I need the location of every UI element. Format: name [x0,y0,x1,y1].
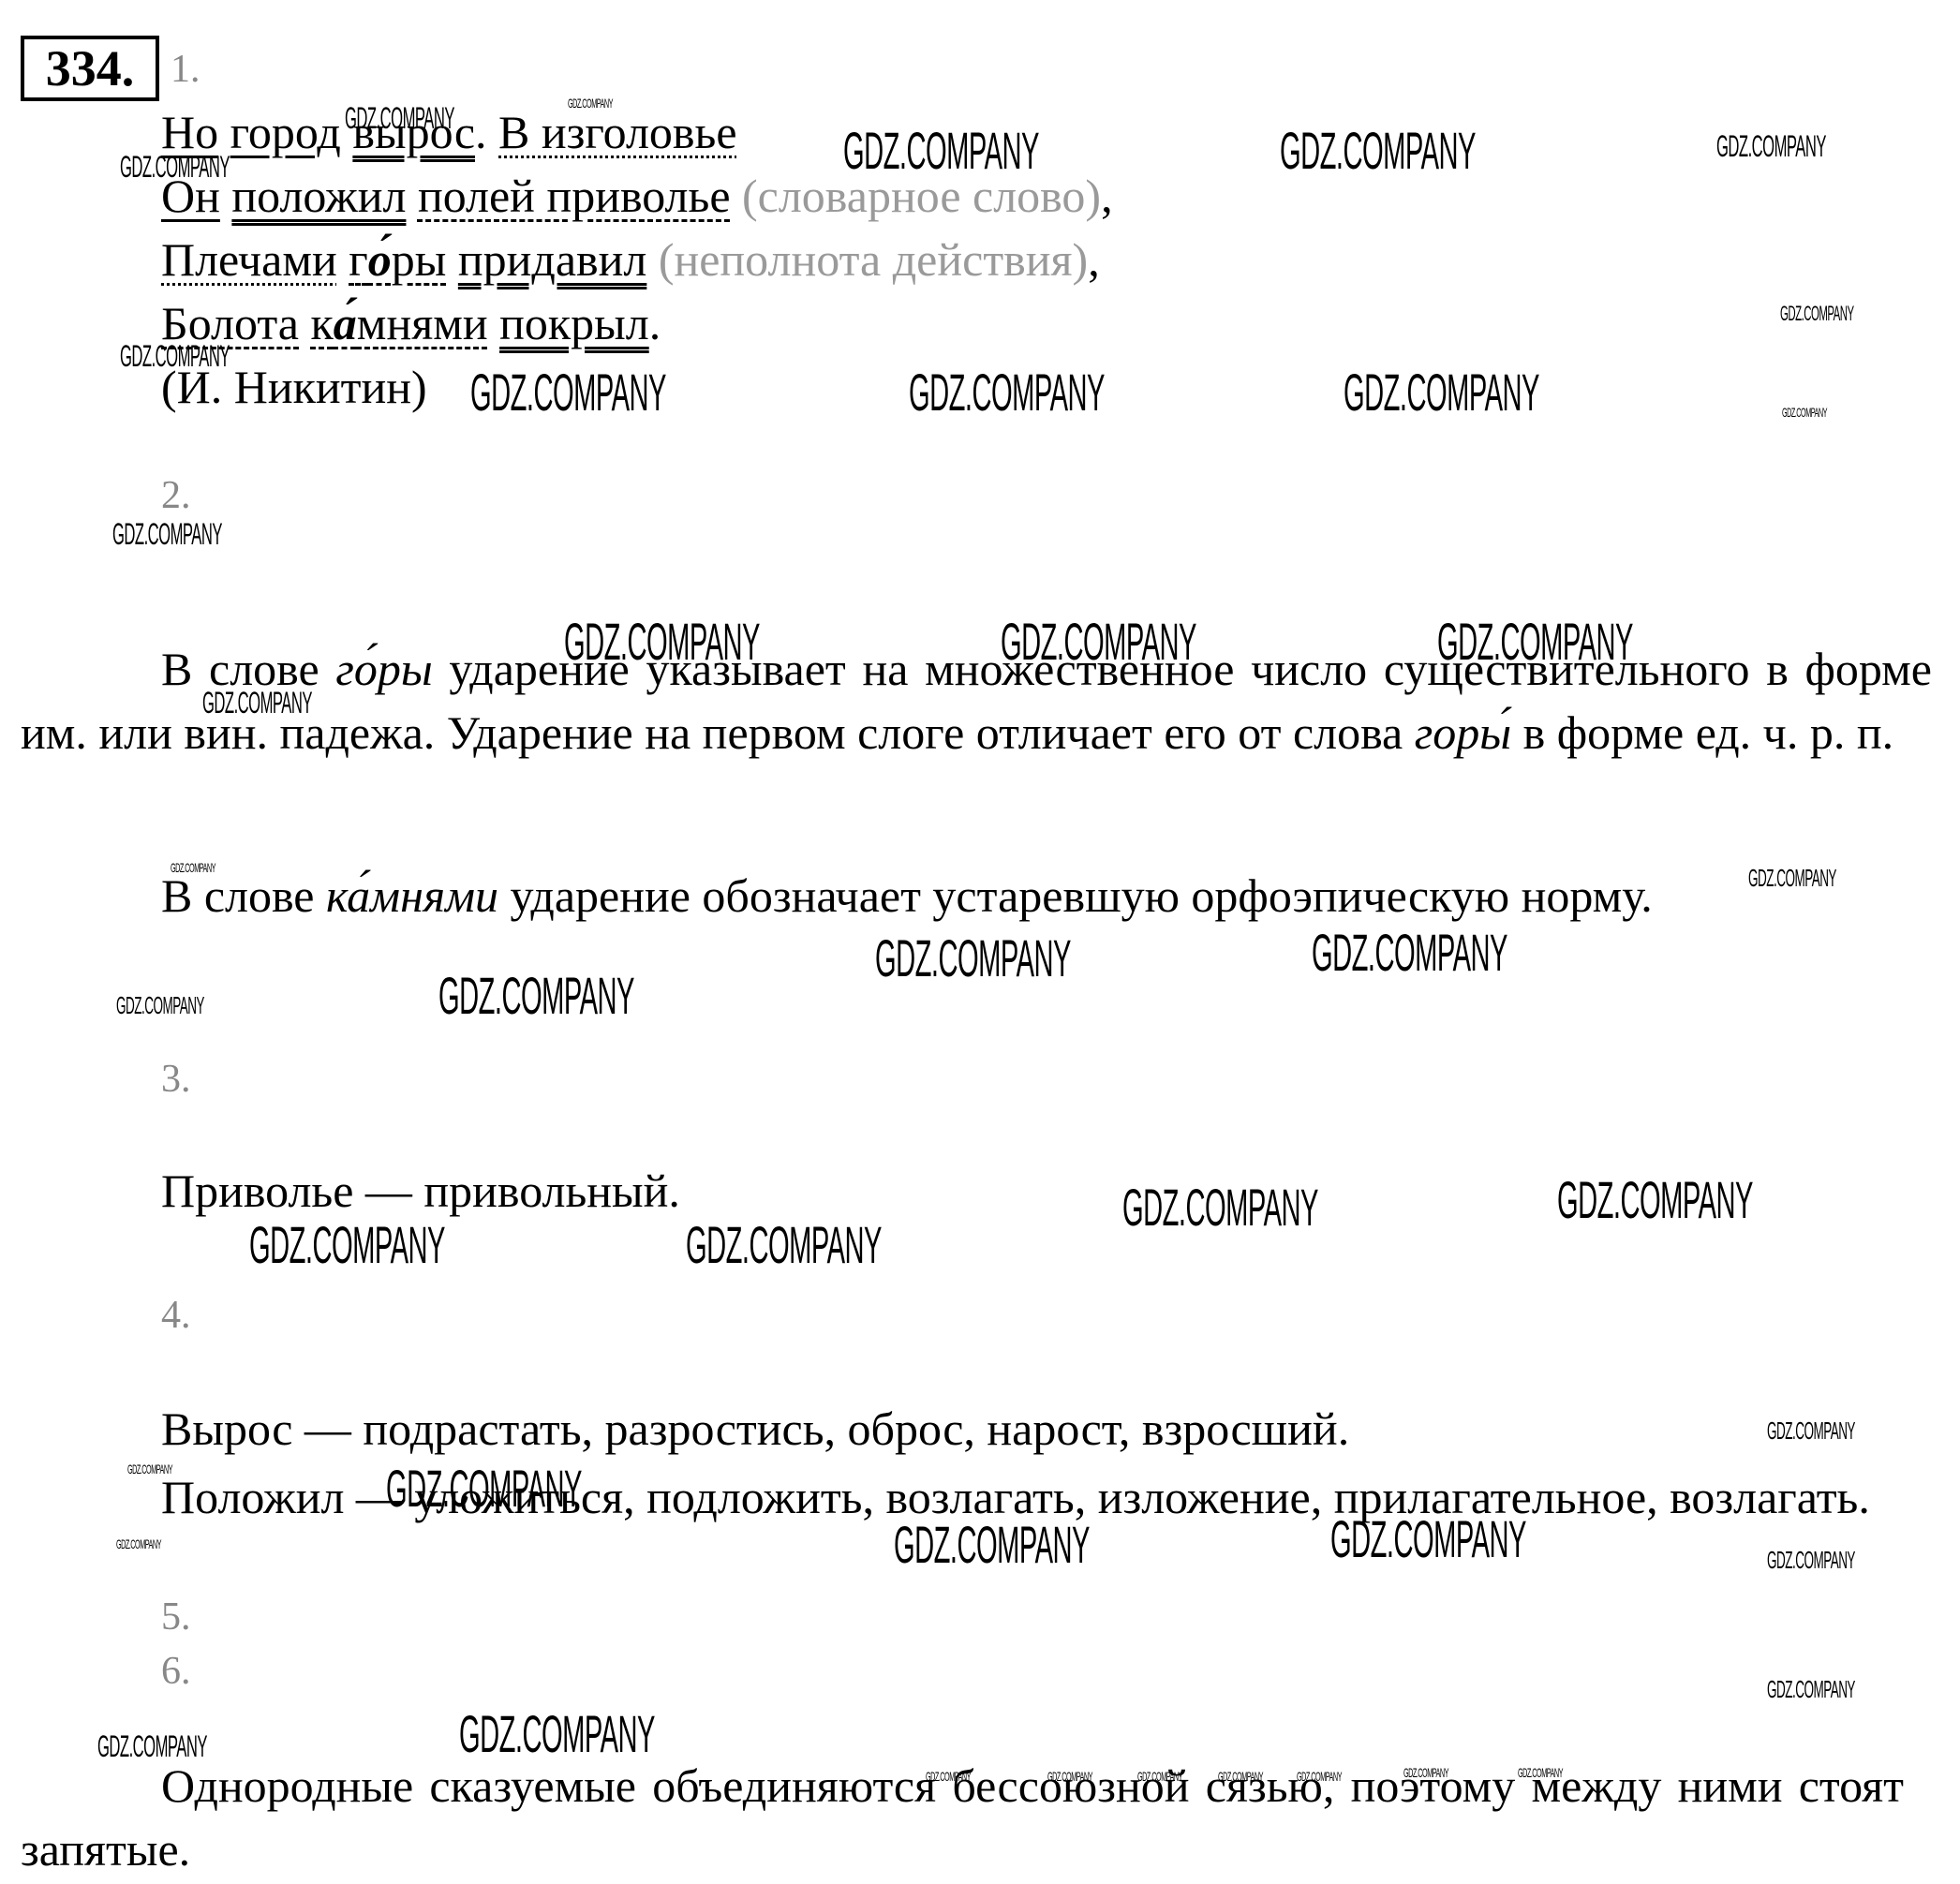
object-word: го́ры [349,233,446,286]
adverbial-word: В изголовье [498,106,737,158]
watermark: GDZ.COMPANY [459,1703,655,1764]
predicate-word: придавил [458,233,646,286]
watermark: GDZ.COMPANY [1767,1417,1855,1446]
watermark: GDZ.COMPANY [345,101,454,136]
watermark: GDZ.COMPANY [386,1458,582,1519]
object-word: полей приволье [418,170,731,222]
example-word: ка́мнями [326,869,498,922]
watermark: GDZ.COMPANY [202,686,312,720]
watermark: GDZ.COMPANY [1122,1177,1318,1238]
watermark: GDZ.COMPANY [171,860,215,875]
watermark: GDZ.COMPANY [249,1214,445,1275]
section-4-line-1: Вырос — подрастать, разростись, оброс, н… [161,1402,1349,1456]
subject-word: город [230,106,341,158]
task-number: 334. [21,36,159,101]
text: в форме ед. ч. р. п. [1511,706,1893,759]
word-part: мнями [357,297,488,349]
section-3-text: Приволье — привольный. [161,1164,680,1218]
section-4-label: 4. [161,1293,191,1338]
example-word: го́ры [335,643,432,695]
watermark: GDZ.COMPANY [116,991,204,1020]
watermark: GDZ.COMPANY [1767,1546,1855,1575]
example-word: горы́ [1415,706,1511,759]
watermark: GDZ.COMPANY [1716,129,1826,164]
section-1-label: 1. [171,47,200,92]
watermark: GDZ.COMPANY [116,1536,161,1551]
watermark: GDZ.COMPANY [875,927,1071,988]
predicate-word: положил [231,170,406,222]
watermark: GDZ.COMPANY [894,1514,1090,1575]
section-3-label: 3. [161,1057,191,1102]
punct: . [475,106,487,158]
section-6-label: 6. [161,1649,191,1694]
watermark: GDZ.COMPANY [1297,1769,1342,1784]
watermark: GDZ.COMPANY [1312,922,1507,983]
watermark: GDZ.COMPANY [120,339,230,374]
note: (неполнота действия) [659,233,1088,286]
watermark: GDZ.COMPANY [1403,1765,1448,1780]
watermark: GDZ.COMPANY [120,150,230,185]
word-part: ры [392,233,447,286]
watermark: GDZ.COMPANY [926,1769,971,1784]
stressed-vowel: о́ [368,233,392,286]
adverbial-word: Плечами [161,233,337,286]
watermark: GDZ.COMPANY [1518,1765,1563,1780]
watermark: GDZ.COMPANY [568,96,613,111]
watermark: GDZ.COMPANY [909,362,1105,423]
word-part: г [349,233,368,286]
watermark: GDZ.COMPANY [1001,611,1196,672]
section-2-paragraph-2: В слове ка́мнями ударение обозначает уст… [21,864,1932,927]
punct: , [1101,170,1113,222]
text: ударение обозначает устаревшую орфоэпиче… [498,869,1653,922]
section-5-label: 5. [161,1595,191,1639]
watermark: GDZ.COMPANY [686,1214,882,1275]
watermark: GDZ.COMPANY [1748,864,1836,893]
section-2-label: 2. [161,473,191,518]
object-word: ка́мнями [311,297,488,349]
watermark: GDZ.COMPANY [112,517,222,552]
watermark: GDZ.COMPANY [1767,1675,1855,1704]
watermark: GDZ.COMPANY [97,1729,207,1764]
watermark: GDZ.COMPANY [127,1461,172,1476]
watermark: GDZ.COMPANY [1782,405,1827,420]
watermark: GDZ.COMPANY [470,362,666,423]
watermark: GDZ.COMPANY [843,120,1039,181]
watermark: GDZ.COMPANY [564,611,760,672]
watermark: GDZ.COMPANY [1280,120,1476,181]
predicate-word: покрыл [499,297,649,349]
watermark: GDZ.COMPANY [1047,1769,1092,1784]
watermark: GDZ.COMPANY [438,965,634,1026]
watermark: GDZ.COMPANY [1780,302,1854,326]
word-part: к [311,297,334,349]
stressed-vowel: а́ [334,297,357,349]
watermark: GDZ.COMPANY [1330,1508,1526,1569]
poem-line-3: Плечами го́ры придавил (неполнота действ… [161,229,1100,290]
punct: . [649,297,661,349]
punct: , [1088,233,1100,286]
watermark: GDZ.COMPANY [1218,1769,1263,1784]
poem-line-4: Болота ка́мнями покрыл. [161,292,661,354]
watermark: GDZ.COMPANY [1137,1769,1182,1784]
watermark: GDZ.COMPANY [1344,362,1539,423]
watermark: GDZ.COMPANY [1557,1169,1753,1230]
watermark: GDZ.COMPANY [1437,611,1633,672]
text: В слове [161,869,326,922]
